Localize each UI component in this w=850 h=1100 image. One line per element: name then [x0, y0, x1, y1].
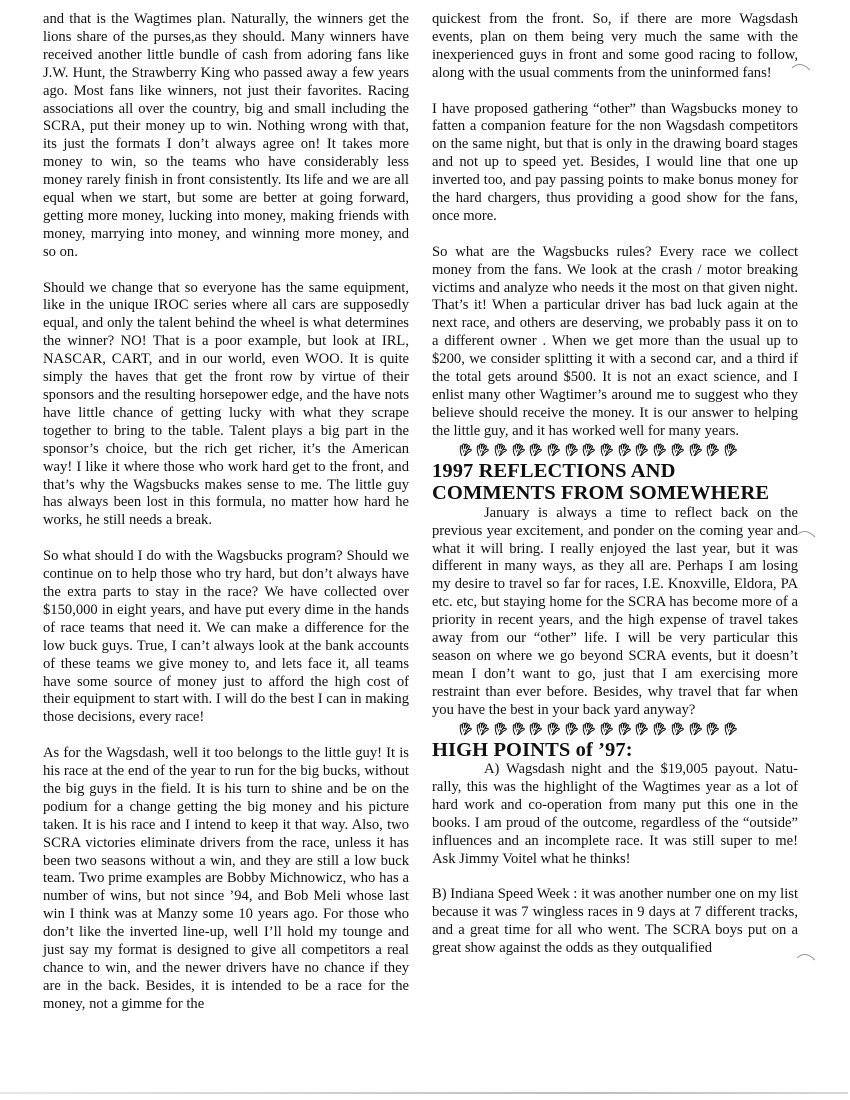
paw-print-icon: [705, 443, 721, 457]
paragraph-wagsbucks-program: So what should I do with the Wagsbucks p…: [43, 548, 409, 727]
paw-print-icon: [546, 443, 562, 457]
high-point-item-b: B) Indiana Speed Week : it was another n…: [432, 886, 798, 958]
paw-print-icon: [528, 443, 544, 457]
paw-print-icon: [475, 722, 491, 736]
paragraph-january-reflection: January is always a time to reflect back…: [432, 505, 798, 720]
paragraph-equal-equipment: Should we change that so everyone has th…: [43, 280, 409, 531]
paw-print-icon: [458, 443, 474, 457]
paw-print-icon: [511, 722, 527, 736]
paw-print-icon: [493, 722, 509, 736]
paw-print-icon: [688, 722, 704, 736]
paw-print-icon: [670, 443, 686, 457]
paragraph-companion-feature: I have proposed gathering “other” than W…: [432, 101, 798, 226]
paw-print-icon: [493, 443, 509, 457]
right-column: quickest from the front. So, if there ar…: [432, 11, 798, 958]
paragraph-wagsbucks-rules: So what are the Wagsbucks rules? Every r…: [432, 244, 798, 441]
paw-print-icon: [617, 722, 633, 736]
paw-print-icon: [475, 443, 491, 457]
paragraph-wagsdash: As for the Wagsdash, well it too belongs…: [43, 745, 409, 1014]
paw-print-icon: [511, 443, 527, 457]
paw-print-icon: [546, 722, 562, 736]
paragraph-quickest-from-front: quickest from the front. So, if there ar…: [432, 11, 798, 83]
paw-print-icon: [581, 443, 597, 457]
section-heading-1997-reflections: 1997 REFLECTIONS AND COMMENTS FROM SOMEW…: [432, 460, 798, 505]
paw-print-icon: [564, 722, 580, 736]
paw-print-icon: [599, 722, 615, 736]
page-bottom-edge: [0, 1092, 848, 1094]
paw-print-icon: [634, 722, 650, 736]
paw-print-icon: [723, 722, 739, 736]
paw-print-icon: [528, 722, 544, 736]
scan-artifact-arc: [795, 948, 817, 964]
paw-print-divider: [432, 442, 798, 458]
paw-print-icon: [617, 443, 633, 457]
scan-artifact-arc: [795, 525, 817, 541]
paw-print-icon: [652, 443, 668, 457]
paw-print-icon: [599, 443, 615, 457]
newsletter-page: and that is the Wagtimes plan. Naturally…: [0, 0, 850, 1100]
paw-print-icon: [634, 443, 650, 457]
paw-print-icon: [688, 443, 704, 457]
paw-print-icon: [723, 443, 739, 457]
paragraph-wagtimes-plan: and that is the Wagtimes plan. Naturally…: [43, 11, 409, 262]
paw-print-icon: [458, 722, 474, 736]
section-heading-high-points: HIGH POINTS of ’97:: [432, 739, 798, 762]
paw-print-icon: [652, 722, 668, 736]
paw-print-icon: [581, 722, 597, 736]
high-point-item-a: A) Wagsdash night and the $19,005 payout…: [432, 761, 798, 868]
left-column: and that is the Wagtimes plan. Naturally…: [43, 11, 409, 1014]
paw-print-icon: [705, 722, 721, 736]
paw-print-icon: [670, 722, 686, 736]
paw-print-icon: [564, 443, 580, 457]
paw-print-divider: [432, 721, 798, 737]
